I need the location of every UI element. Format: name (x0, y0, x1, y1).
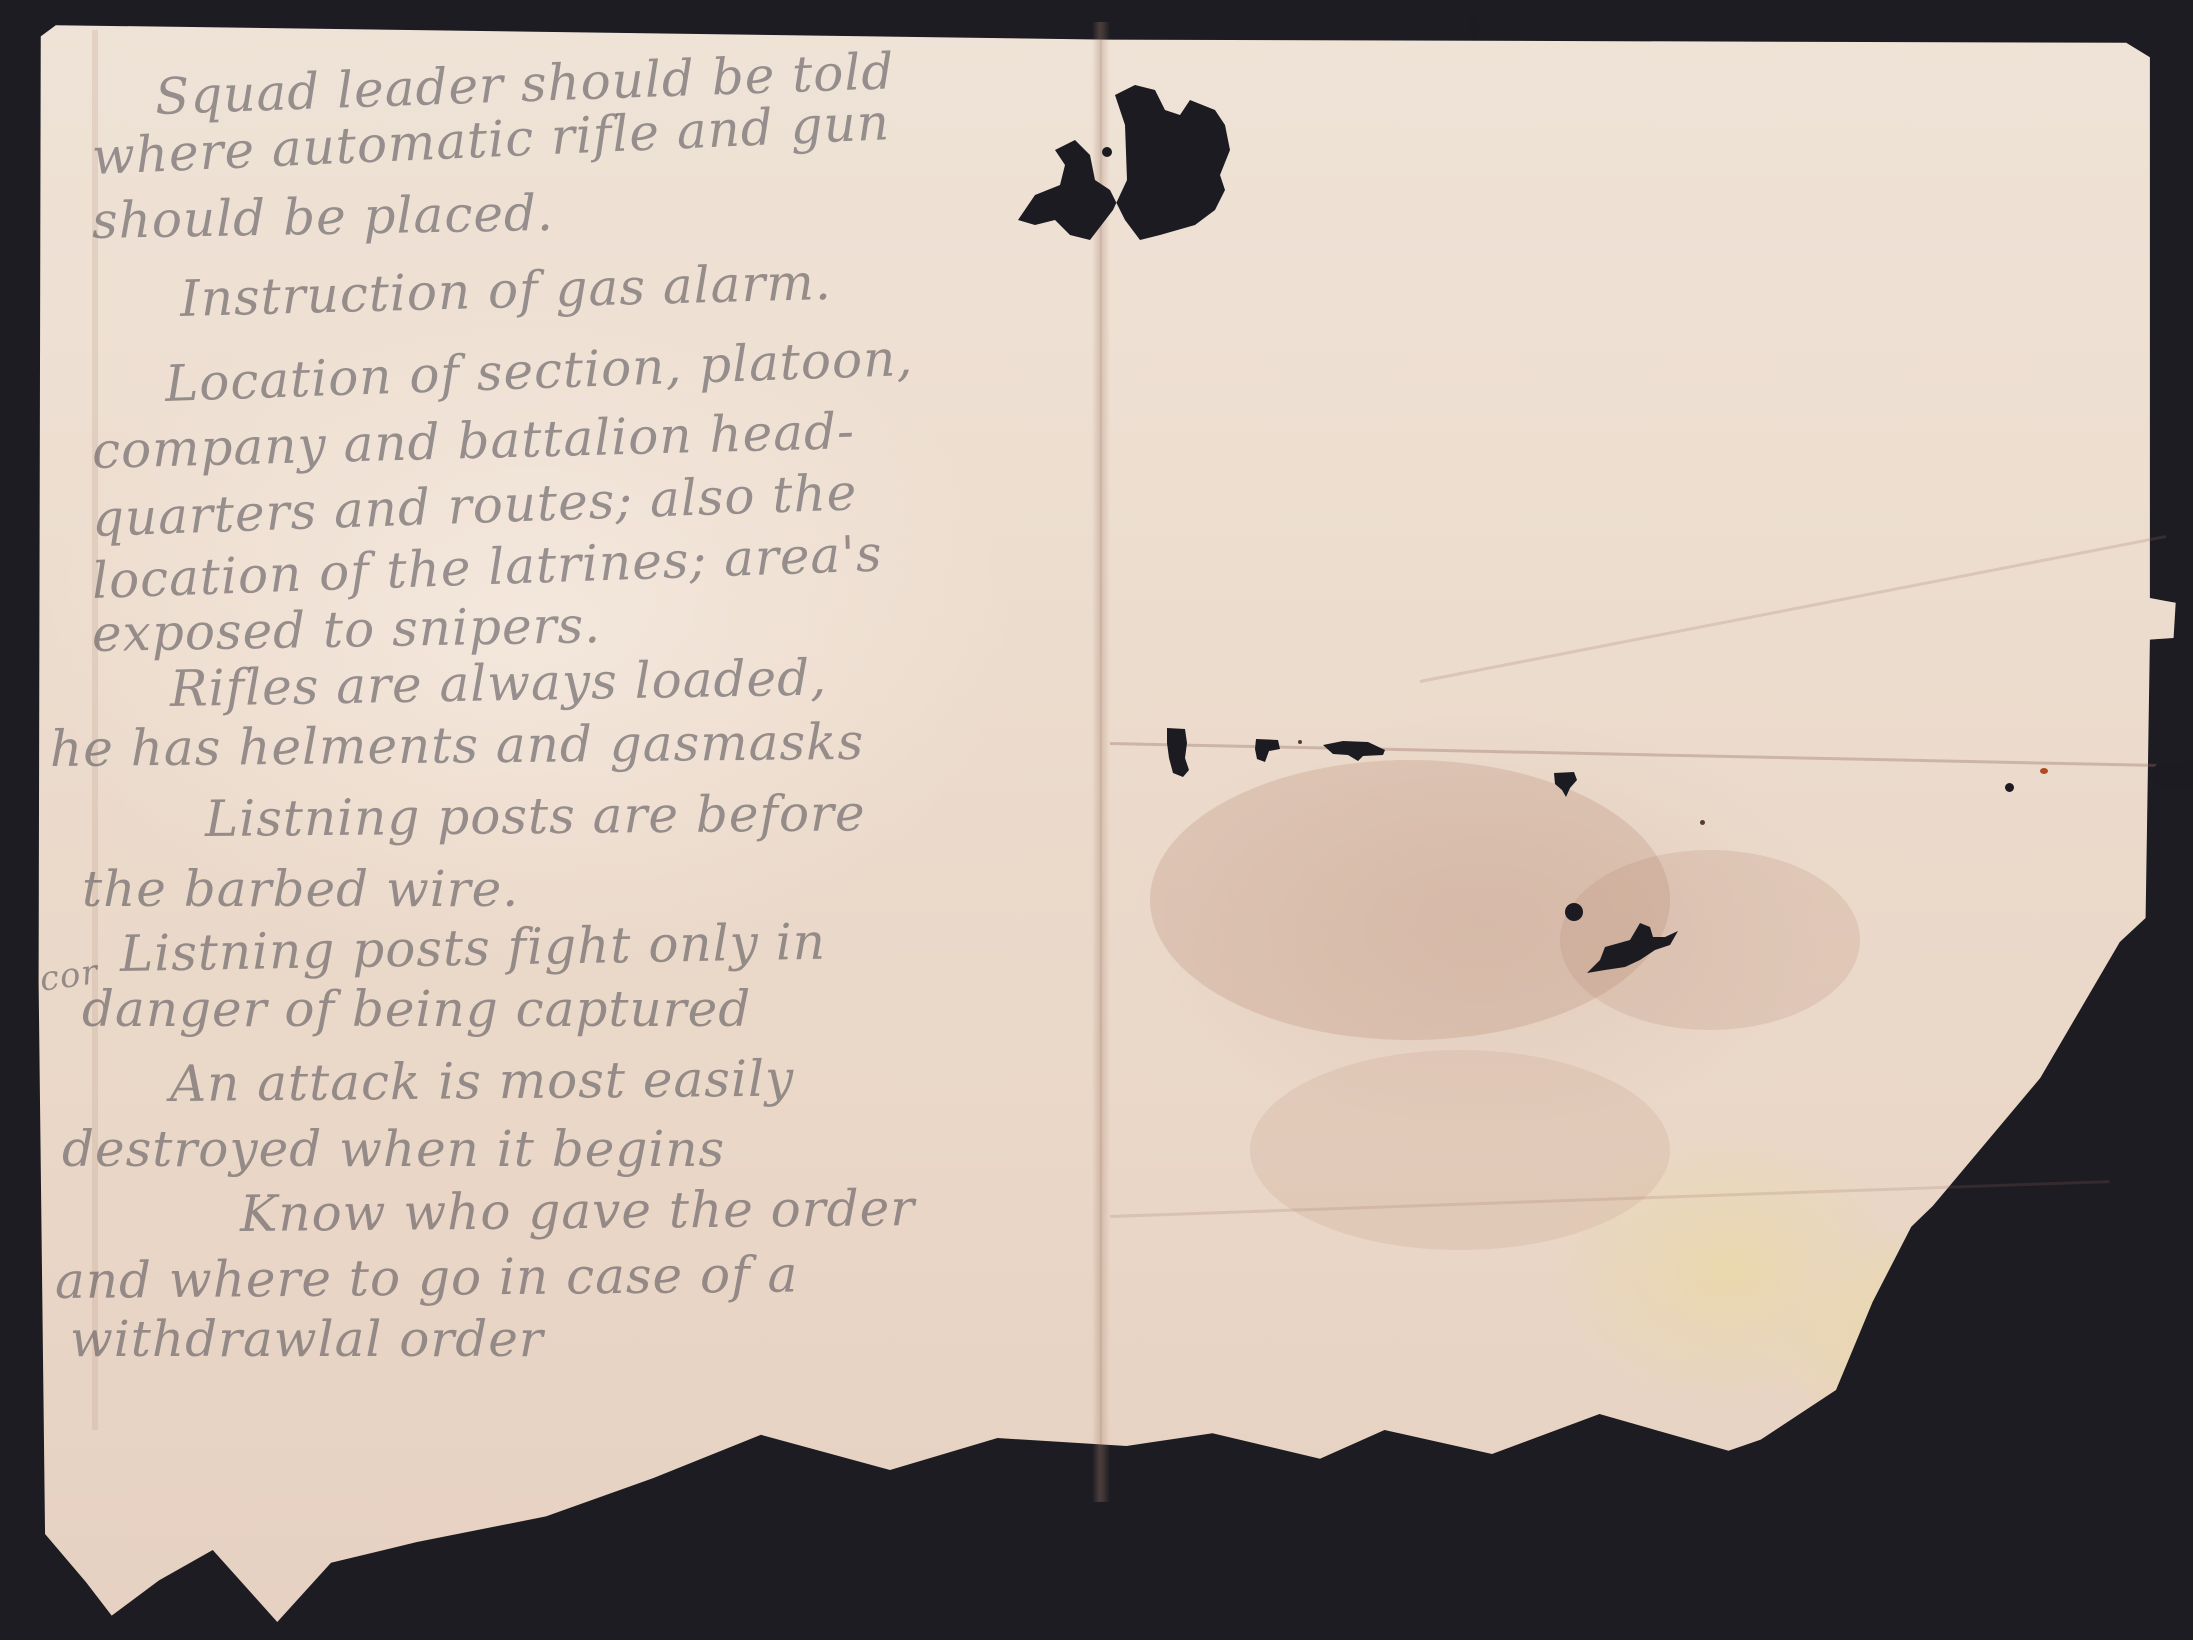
speck (1700, 820, 1705, 825)
note-line: Location of section, platoon, (164, 329, 914, 413)
burn-hole-row-3 (1323, 740, 1388, 762)
stain (1250, 1050, 1670, 1250)
note-line: An attack is most easily (170, 1050, 795, 1113)
speck (2040, 768, 2048, 774)
note-line: Instruction of gas alarm. (179, 253, 832, 328)
speck (1565, 903, 1583, 921)
note-line: he has helments and gasmasks (50, 713, 865, 778)
burn-hole-lower (1585, 915, 1680, 977)
note-line: danger of being captured (82, 980, 751, 1038)
note-line: Listning posts are before (205, 784, 866, 848)
burn-hole-upper-right (1465, 18, 1481, 42)
note-line: destroyed when it begins (62, 1120, 725, 1178)
burn-hole-row-2 (1253, 737, 1281, 763)
handwritten-notes: Squad leader should be told where automa… (40, 20, 1100, 1340)
burn-hole-row-1 (1165, 728, 1190, 778)
note-line: withdrawlal order (70, 1310, 544, 1368)
note-line: Know who gave the order (240, 1179, 916, 1243)
note-line: and where to go in case of a (55, 1246, 799, 1310)
note-line: should be placed. (91, 184, 554, 250)
speck (2005, 783, 2014, 792)
note-line: Rifles are always loaded, (169, 649, 827, 718)
note-line: Listning posts fight only in (119, 913, 826, 983)
burn-hole-row-4 (1552, 770, 1578, 798)
note-line: the barbed wire. (82, 860, 519, 918)
edge-tear-right (2150, 760, 2193, 790)
speck (1298, 740, 1302, 744)
